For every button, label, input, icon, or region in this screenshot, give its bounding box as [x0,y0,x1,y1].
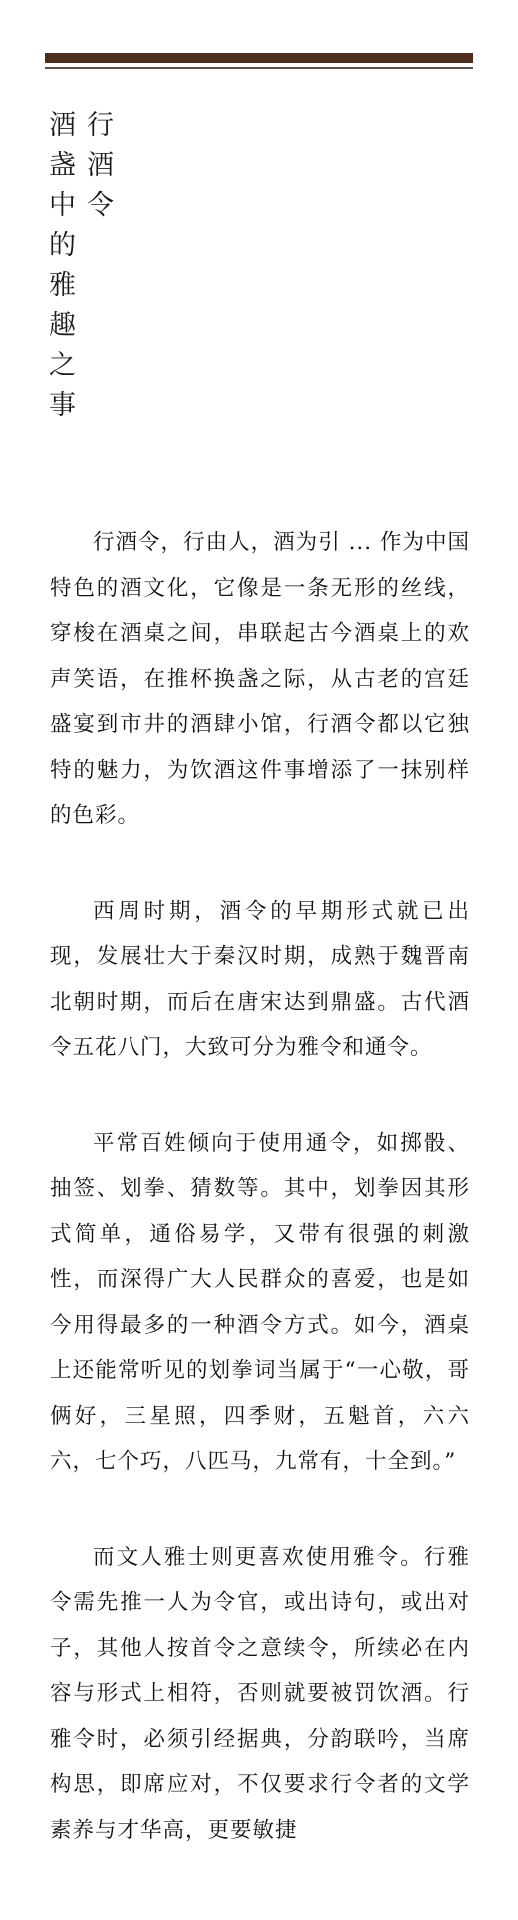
header-rule-thin [45,67,473,69]
paragraph-intro: 行酒令，行由人，酒为引 ... 作为中国特色的酒文化，它像是一条无形的丝线，穿梭… [50,520,470,839]
paragraph-tongling: 平常百姓倾向于使用通令，如掷骰、抽签、划拳、猜数等。其中，划拳因其形式简单，通俗… [50,1121,470,1485]
paragraph-history: 西周时期，酒令的早期形式就已出现，发展壮大于秦汉时期，成熟于魏晋南北朝时期，而后… [50,889,470,1071]
page-title: 酒盏中的雅趣之事 [44,110,74,430]
paragraph-yaling: 而文人雅士则更喜欢使用雅令。行雅令需先推一人为令官，或出诗句，或出对子，其他人按… [50,1535,470,1854]
vertical-title: 行酒令 酒盏中的雅趣之事 [44,110,112,430]
header-rule-thick [45,53,473,63]
article-body: 行酒令，行由人，酒为引 ... 作为中国特色的酒文化，它像是一条无形的丝线，穿梭… [50,520,470,1903]
subtitle: 行酒令 [82,110,112,430]
